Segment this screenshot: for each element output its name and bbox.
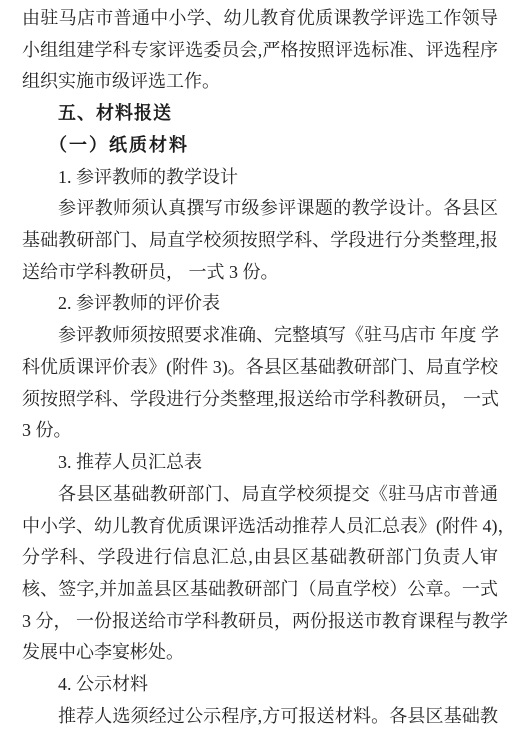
numbered-item-line: 1. 参评教师的教学设计 (22, 162, 498, 194)
paragraph-line: 推荐人选须经过公示程序,方可报送材料。各县区基础教 (22, 701, 498, 733)
numbered-item-line: 3. 推荐人员汇总表 (22, 447, 498, 479)
numbered-item-line: 2. 参评教师的评价表 (22, 288, 498, 320)
paragraph-line: 3 分， 一份报送给市学科教研员，两份报送市教育课程与教学 (22, 606, 498, 638)
subsection-heading: （一）纸质材料 (22, 130, 498, 162)
paragraph-line: 组织实施市级评选工作。 (22, 66, 498, 98)
paragraph-line: 小组组建学科专家评选委员会,严格按照评选标准、评选程序 (22, 35, 498, 67)
section-heading: 五、材料报送 (22, 98, 498, 130)
paragraph-line: 基础教研部门、局直学校须按照学科、学段进行分类整理,报 (22, 225, 498, 257)
paragraph-line: 3 份。 (22, 415, 498, 447)
paragraph-line: 核、签字,并加盖县区基础教研部门（局直学校）公章。一式 (22, 574, 498, 606)
paragraph-line: 参评教师须按照要求准确、完整填写《驻马店市 年度 学 (22, 320, 498, 352)
numbered-item-line: 4. 公示材料 (22, 669, 498, 701)
paragraph-line: 分学科、学段进行信息汇总,由县区基础教研部门负责人审 (22, 542, 498, 574)
paragraph-line: 由驻马店市普通中小学、幼儿教育优质课教学评选工作领导 (22, 3, 498, 35)
paragraph-line: 中小学、幼儿教育优质课评选活动推荐人员汇总表》(附件 4)， (22, 511, 498, 543)
paragraph-line: 须按照学科、学段进行分类整理,报送给市学科教研员， 一式 (22, 384, 498, 416)
paragraph-line: 参评教师须认真撰写市级参评课题的教学设计。各县区 (22, 193, 498, 225)
paragraph-line: 发展中心李宴彬处。 (22, 637, 498, 669)
document-page: 由驻马店市普通中小学、幼儿教育优质课教学评选工作领导小组组建学科专家评选委员会,… (0, 0, 520, 739)
paragraph-line: 送给市学科教研员， 一式 3 份。 (22, 257, 498, 289)
paragraph-line: 科优质课评价表》(附件 3)。各县区基础教研部门、局直学校 (22, 352, 498, 384)
paragraph-line: 各县区基础教研部门、局直学校须提交《驻马店市普通 (22, 479, 498, 511)
